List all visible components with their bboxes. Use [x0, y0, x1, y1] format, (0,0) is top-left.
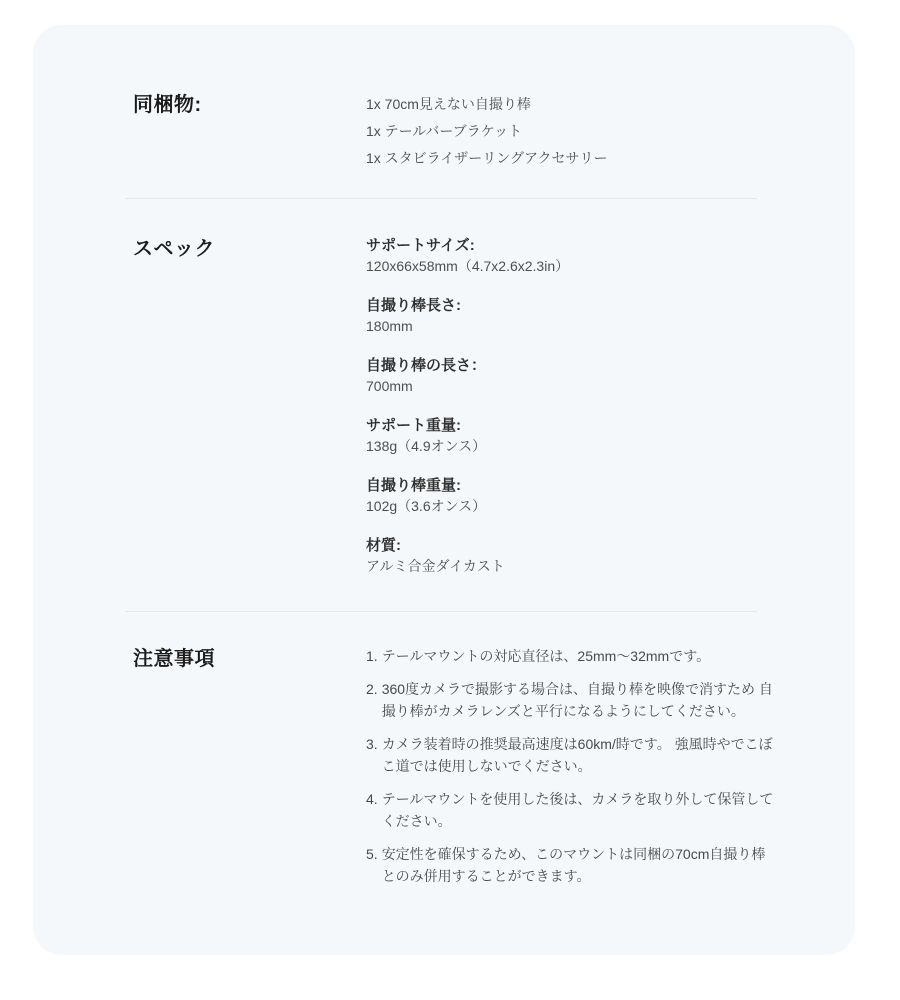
- note-text: 360度カメラで撮影する場合は、自撮り棒を映像で消すため 自撮り棒がカメラレンズ…: [382, 678, 775, 722]
- spec-row: サポートサイズ: 120x66x58mm（4.7x2.6x2.3in）: [366, 235, 775, 277]
- note-text: 安定性を確保するため、このマウントは同梱の70cm自撮り棒とのみ併用することがで…: [382, 843, 775, 887]
- spec-label: 自撮り棒重量:: [366, 475, 775, 496]
- spec-label: 材質:: [366, 535, 775, 556]
- spec-label: サポートサイズ:: [366, 235, 775, 256]
- spec-value: 180mm: [366, 316, 775, 337]
- spec-value: 102g（3.6オンス）: [366, 496, 775, 517]
- note-number: 1.: [366, 645, 378, 667]
- spec-value: 138g（4.9オンス）: [366, 436, 775, 457]
- spec-label: 自撮り棒長さ:: [366, 295, 775, 316]
- included-item: 1x テールバーブラケット: [366, 118, 775, 145]
- included-heading: 同梱物:: [133, 91, 366, 119]
- spec-label: 自撮り棒の長さ：: [366, 355, 775, 376]
- section-divider: [125, 611, 757, 612]
- included-item: 1x スタビライザーリングアクセサリー: [366, 145, 775, 172]
- spec-value: 120x66x58mm（4.7x2.6x2.3in）: [366, 256, 775, 277]
- included-item: 1x 70cm見えない自撮り棒: [366, 91, 775, 118]
- note-text: テールマウントを使用した後は、カメラを取り外して保管してください。: [382, 788, 775, 832]
- note-item: 3. カメラ装着時の推奨最高速度は60km/時です。 強風時やでこぼこ道では使用…: [366, 733, 775, 777]
- spec-value: 700mm: [366, 376, 775, 397]
- note-item: 4. テールマウントを使用した後は、カメラを取り外して保管してください。: [366, 788, 775, 832]
- spec-row: 自撮り棒の長さ： 700mm: [366, 355, 775, 397]
- note-number: 3.: [366, 733, 378, 777]
- note-number: 5.: [366, 843, 378, 887]
- spec-row: 材質: アルミ合金ダイカスト: [366, 535, 775, 577]
- specs-section: スペック サポートサイズ: 120x66x58mm（4.7x2.6x2.3in）…: [33, 235, 855, 577]
- notes-section: 注意事項 1. テールマウントの対応直径は、25mm〜32mmです。 2. 36…: [33, 645, 855, 887]
- product-info-card: 同梱物: 1x 70cm見えない自撮り棒 1x テールバーブラケット 1x スタ…: [33, 25, 855, 955]
- specs-list: サポートサイズ: 120x66x58mm（4.7x2.6x2.3in） 自撮り棒…: [366, 235, 775, 577]
- notes-heading: 注意事項: [133, 645, 366, 673]
- spec-value: アルミ合金ダイカスト: [366, 556, 775, 577]
- note-number: 2.: [366, 678, 378, 722]
- note-item: 5. 安定性を確保するため、このマウントは同梱の70cm自撮り棒とのみ併用するこ…: [366, 843, 775, 887]
- included-list: 1x 70cm見えない自撮り棒 1x テールバーブラケット 1x スタビライザー…: [366, 91, 775, 172]
- spec-row: サポート重量: 138g（4.9オンス）: [366, 415, 775, 457]
- note-text: テールマウントの対応直径は、25mm〜32mmです。: [382, 645, 775, 667]
- included-section: 同梱物: 1x 70cm見えない自撮り棒 1x テールバーブラケット 1x スタ…: [33, 91, 855, 172]
- note-text: カメラ装着時の推奨最高速度は60km/時です。 強風時やでこぼこ道では使用しない…: [382, 733, 775, 777]
- note-item: 1. テールマウントの対応直径は、25mm〜32mmです。: [366, 645, 775, 667]
- spec-row: 自撮り棒重量: 102g（3.6オンス）: [366, 475, 775, 517]
- note-item: 2. 360度カメラで撮影する場合は、自撮り棒を映像で消すため 自撮り棒がカメラ…: [366, 678, 775, 722]
- section-divider: [125, 198, 757, 199]
- spec-row: 自撮り棒長さ: 180mm: [366, 295, 775, 337]
- specs-heading: スペック: [133, 235, 366, 263]
- note-number: 4.: [366, 788, 378, 832]
- notes-list: 1. テールマウントの対応直径は、25mm〜32mmです。 2. 360度カメラ…: [366, 645, 775, 887]
- spec-label: サポート重量:: [366, 415, 775, 436]
